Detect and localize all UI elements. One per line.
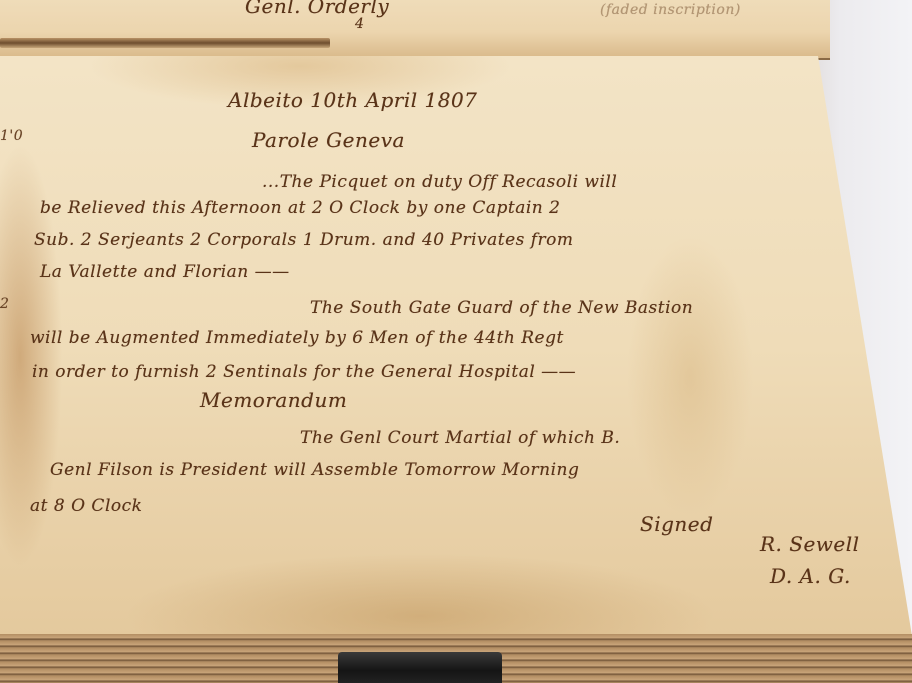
book-title: Genl. Orderly [245, 0, 389, 18]
memorandum-heading: Memorandum [200, 388, 347, 412]
parole: Parole Geneva [252, 128, 405, 152]
document-photo: Genl. Orderly 4 (faded inscription) 1'0 … [0, 0, 912, 683]
fold-crease [0, 38, 330, 48]
folio-mark: 4 [355, 16, 364, 32]
order-line: be Relieved this Afternoon at 2 O Clock … [40, 198, 560, 218]
manuscript-page: 1'0 2 Albeito 10th April 1807 Parole Gen… [0, 56, 912, 636]
folded-top-leaf: Genl. Orderly 4 (faded inscription) [0, 0, 830, 60]
order-line: in order to furnish 2 Sentinals for the … [32, 362, 576, 382]
margin-note-mid: 2 [0, 296, 9, 312]
order-line: The South Gate Guard of the New Bastion [310, 298, 693, 318]
order-line: La Vallette and Florian —— [40, 262, 290, 282]
signatory-title: D. A. G. [770, 564, 851, 588]
memo-line: Genl Filson is President will Assemble T… [50, 460, 579, 480]
margin-note-top: 1'0 [0, 128, 23, 144]
book-clasp [338, 652, 502, 683]
order-line: will be Augmented Immediately by 6 Men o… [30, 328, 564, 348]
dateline: Albeito 10th April 1807 [228, 88, 477, 112]
signed-label: Signed [640, 512, 713, 536]
order-line: Sub. 2 Serjeants 2 Corporals 1 Drum. and… [34, 230, 574, 250]
memo-line: The Genl Court Martial of which B. [300, 428, 620, 448]
faded-inscription: (faded inscription) [600, 2, 741, 18]
signatory-name: R. Sewell [760, 532, 860, 556]
memo-line: at 8 O Clock [30, 496, 142, 516]
order-line: ...The Picquet on duty Off Recasoli will [262, 172, 617, 192]
